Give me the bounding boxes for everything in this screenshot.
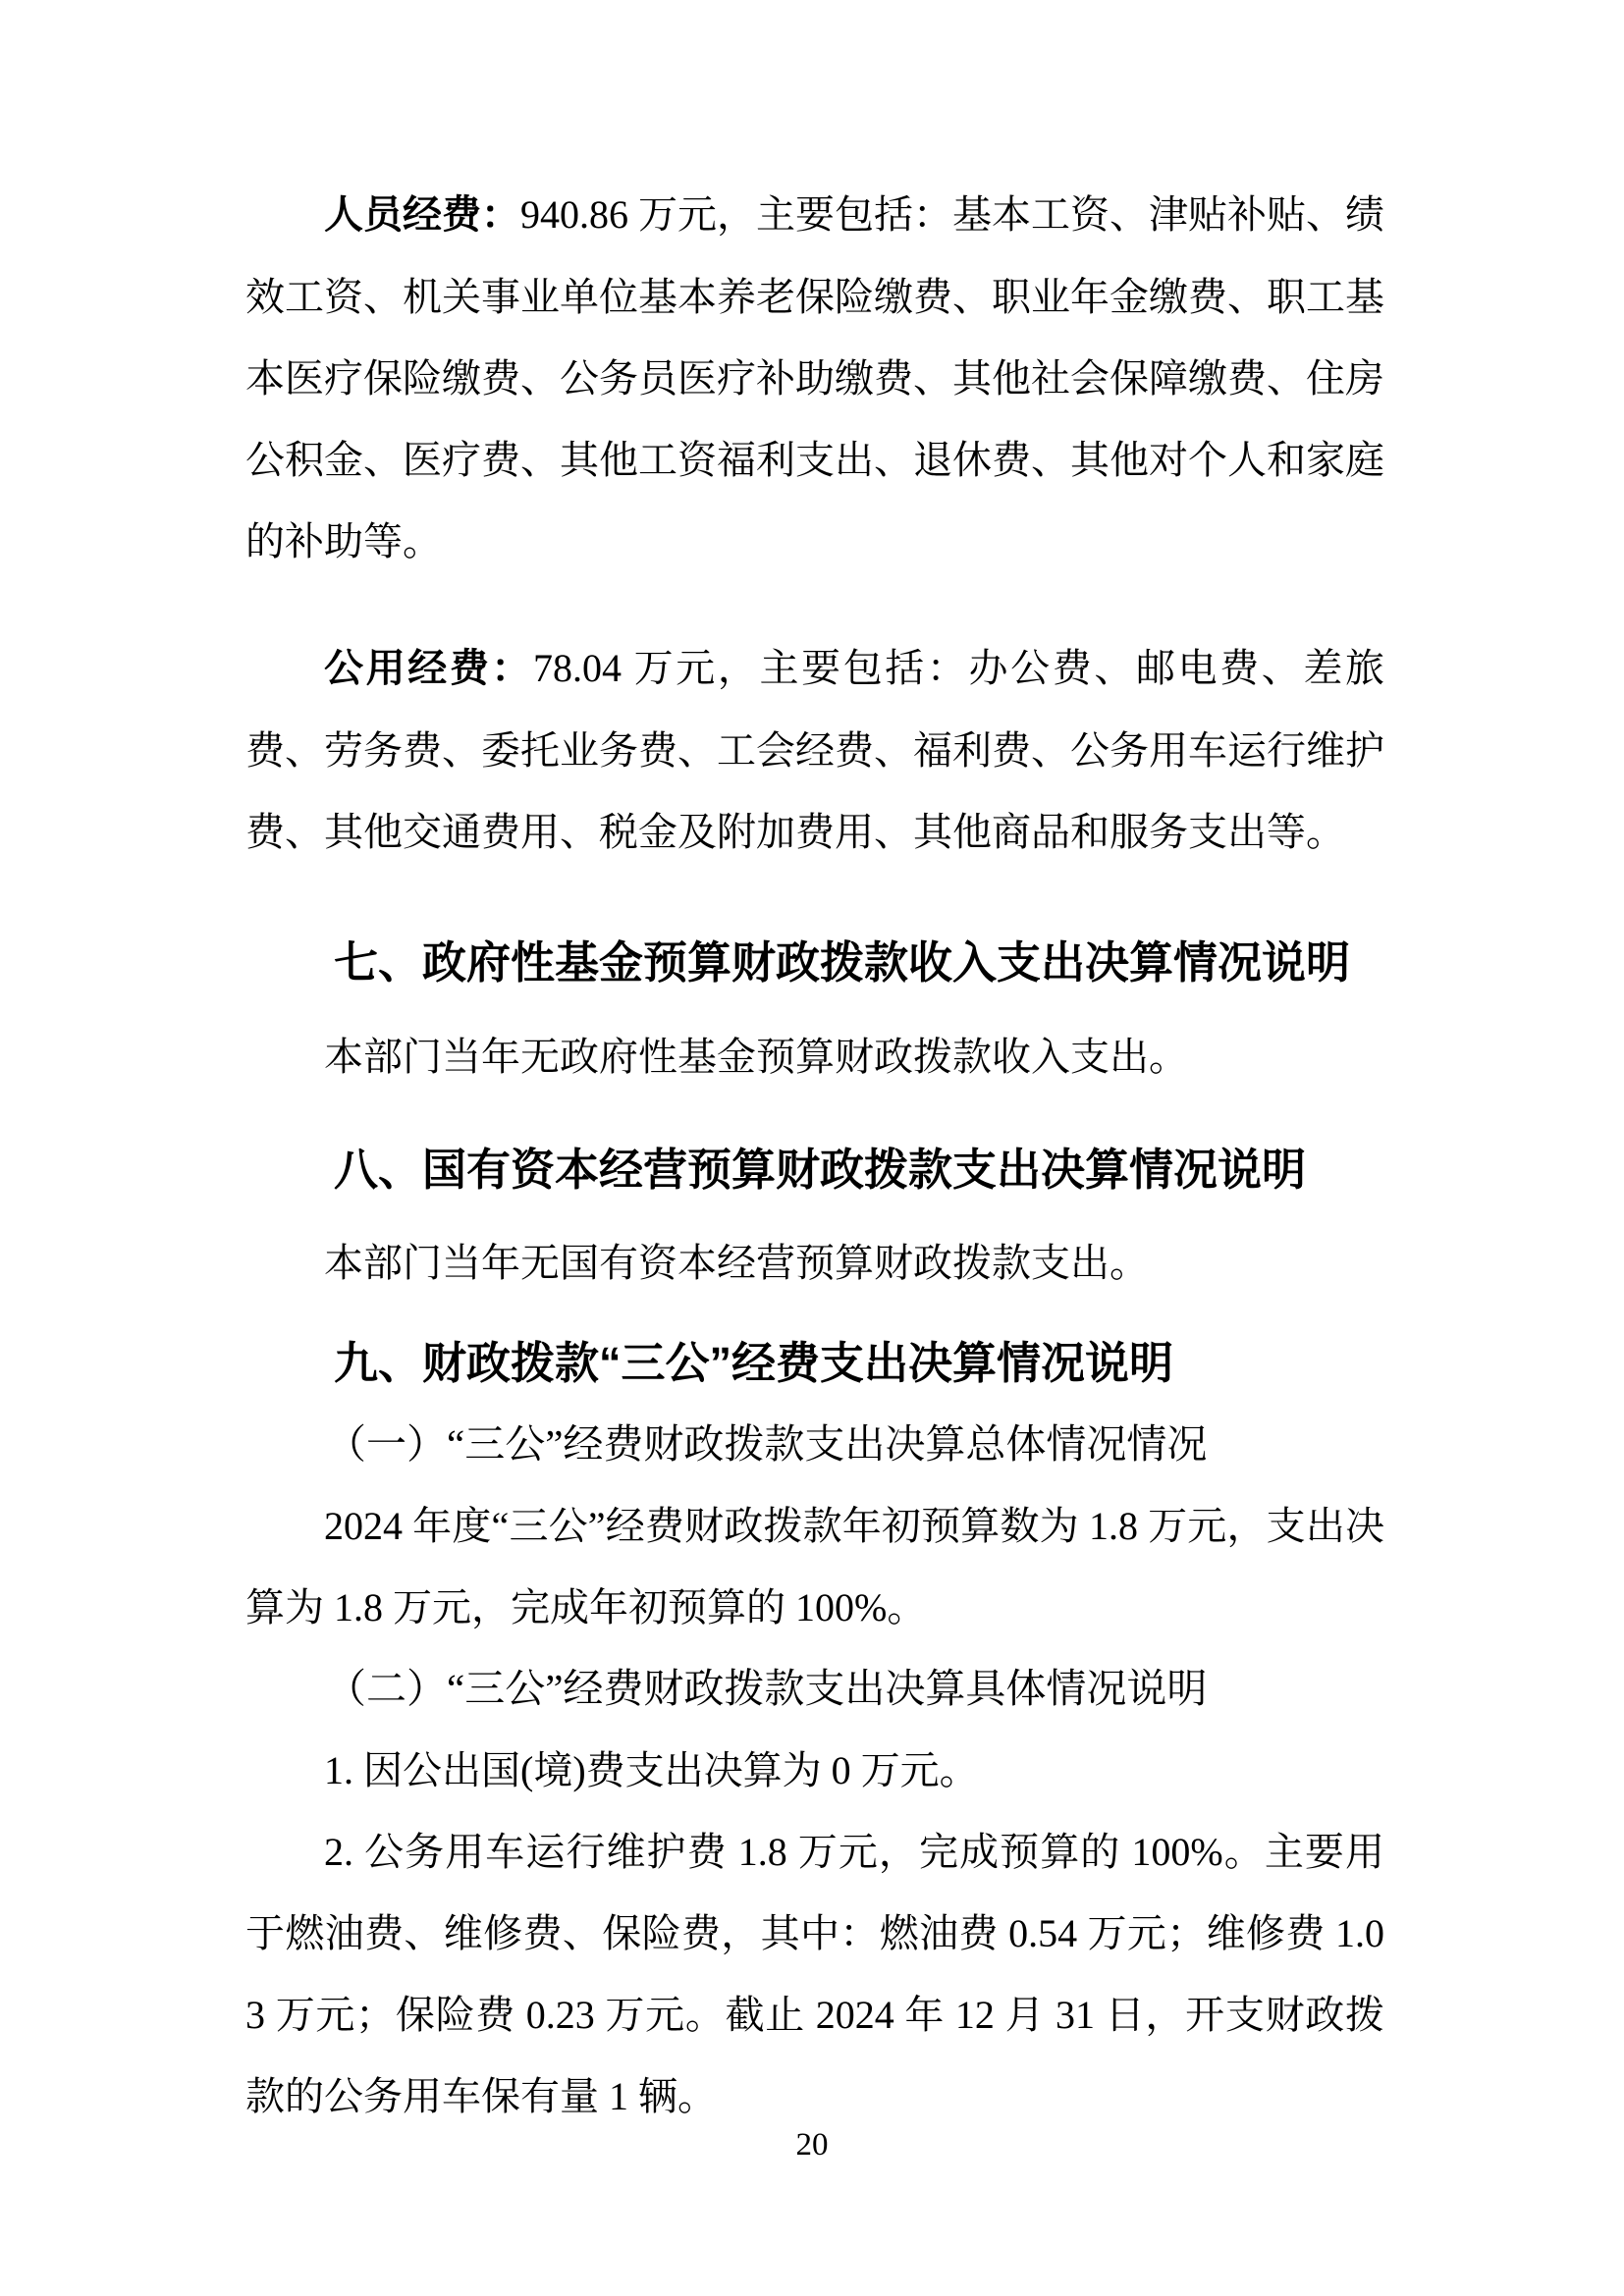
paragraph-section-9-2-item-2: 2. 公务用车运行维护费 1.8 万元，完成预算的 100%。主要用于燃油费、维… <box>245 1811 1384 2137</box>
paragraph-personnel-funds-text: 940.86 万元，主要包括：基本工资、津贴补贴、绩效工资、机关事业单位基本养老… <box>245 192 1384 563</box>
page-number: 20 <box>0 2128 1624 2162</box>
subheading-section-9-1: （一）“三公”经费财政拨款支出决算总体情况情况 <box>245 1404 1384 1485</box>
paragraph-personnel-funds: 人员经费：940.86 万元，主要包括：基本工资、津贴补贴、绩效工资、机关事业单… <box>245 174 1384 582</box>
paragraph-section-9-2-item-1: 1. 因公出国(境)费支出决算为 0 万元。 <box>245 1730 1384 1811</box>
document-page: 人员经费：940.86 万元，主要包括：基本工资、津贴补贴、绩效工资、机关事业单… <box>0 0 1624 2296</box>
paragraph-personnel-funds-lead: 人员经费： <box>324 193 520 237</box>
paragraph-section-9-1-detail: 2024 年度“三公”经费财政拨款年初预算数为 1.8 万元，支出决算为 1.8… <box>245 1485 1384 1648</box>
paragraph-section-8-note: 本部门当年无国有资本经营预算财政拨款支出。 <box>245 1222 1384 1304</box>
subheading-section-9-2: （二）“三公”经费财政拨款支出决算具体情况说明 <box>245 1648 1384 1730</box>
heading-section-7: 七、政府性基金预算财政拨款收入支出决算情况说明 <box>245 922 1384 1003</box>
paragraph-section-7-note: 本部门当年无政府性基金预算财政拨款收入支出。 <box>245 1016 1384 1097</box>
paragraph-public-funds: 公用经费：78.04 万元，主要包括：办公费、邮电费、差旅费、劳务费、委托业务费… <box>245 627 1384 873</box>
paragraph-public-funds-lead: 公用经费： <box>324 647 533 690</box>
document-body: 人员经费：940.86 万元，主要包括：基本工资、津贴补贴、绩效工资、机关事业单… <box>245 174 1384 2137</box>
heading-section-9: 九、财政拨款“三公”经费支出决算情况说明 <box>245 1322 1384 1404</box>
heading-section-8: 八、国有资本经营预算财政拨款支出决算情况说明 <box>245 1129 1384 1210</box>
